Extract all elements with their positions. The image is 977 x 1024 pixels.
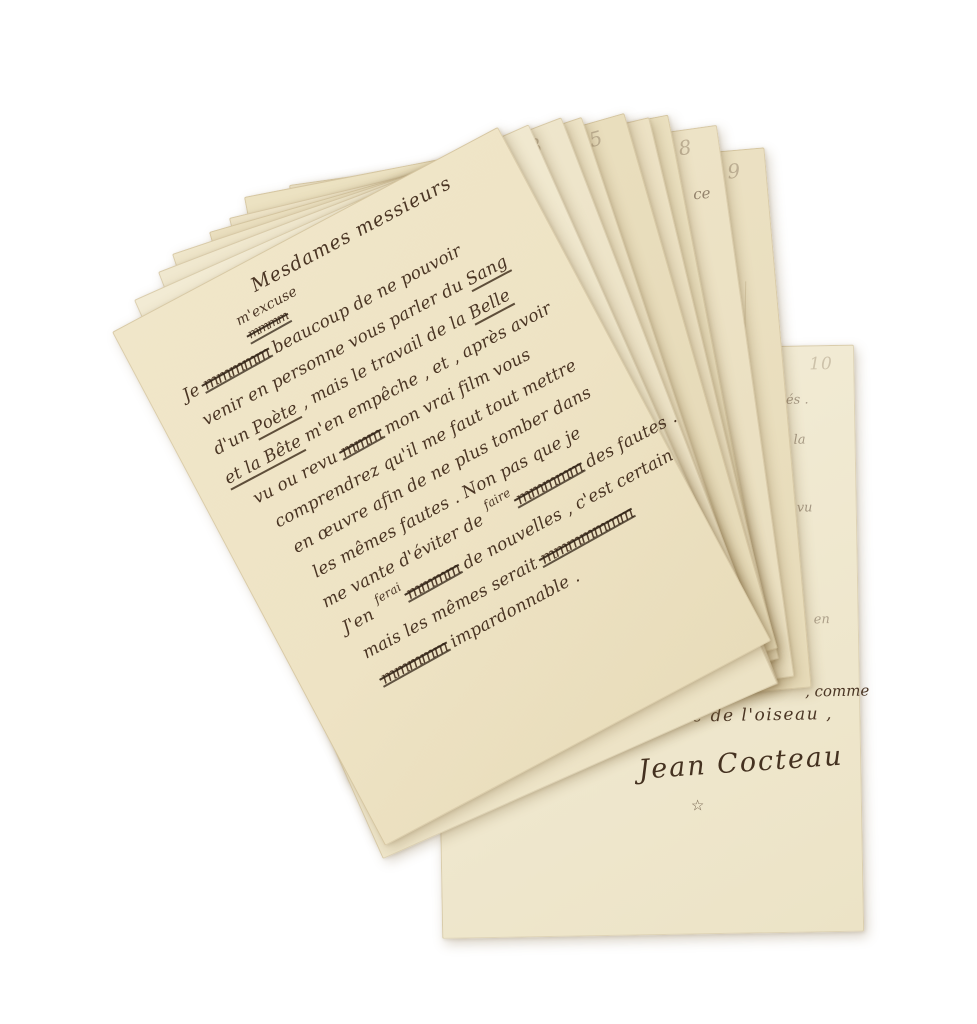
edge-text-fragment: la: [793, 432, 805, 447]
cocteau-star-doodle: ☆: [691, 796, 705, 814]
edge-text-fragment: en: [814, 612, 830, 627]
signature: Jean Cocteau: [637, 741, 844, 786]
page-number-pencil: 10: [809, 354, 833, 374]
page-number-pencil: 9: [726, 159, 742, 184]
edge-text-fragment: és .: [786, 392, 809, 407]
page-number-pencil: 8: [677, 135, 694, 161]
manuscript-photo: 10 , comme la curiosité de l'oiseau , Je…: [0, 0, 977, 1024]
ghost-writing-mark: ce: [692, 184, 711, 203]
edge-text-fragment: vu: [797, 500, 813, 515]
letter-line-end: , comme: [805, 681, 870, 700]
